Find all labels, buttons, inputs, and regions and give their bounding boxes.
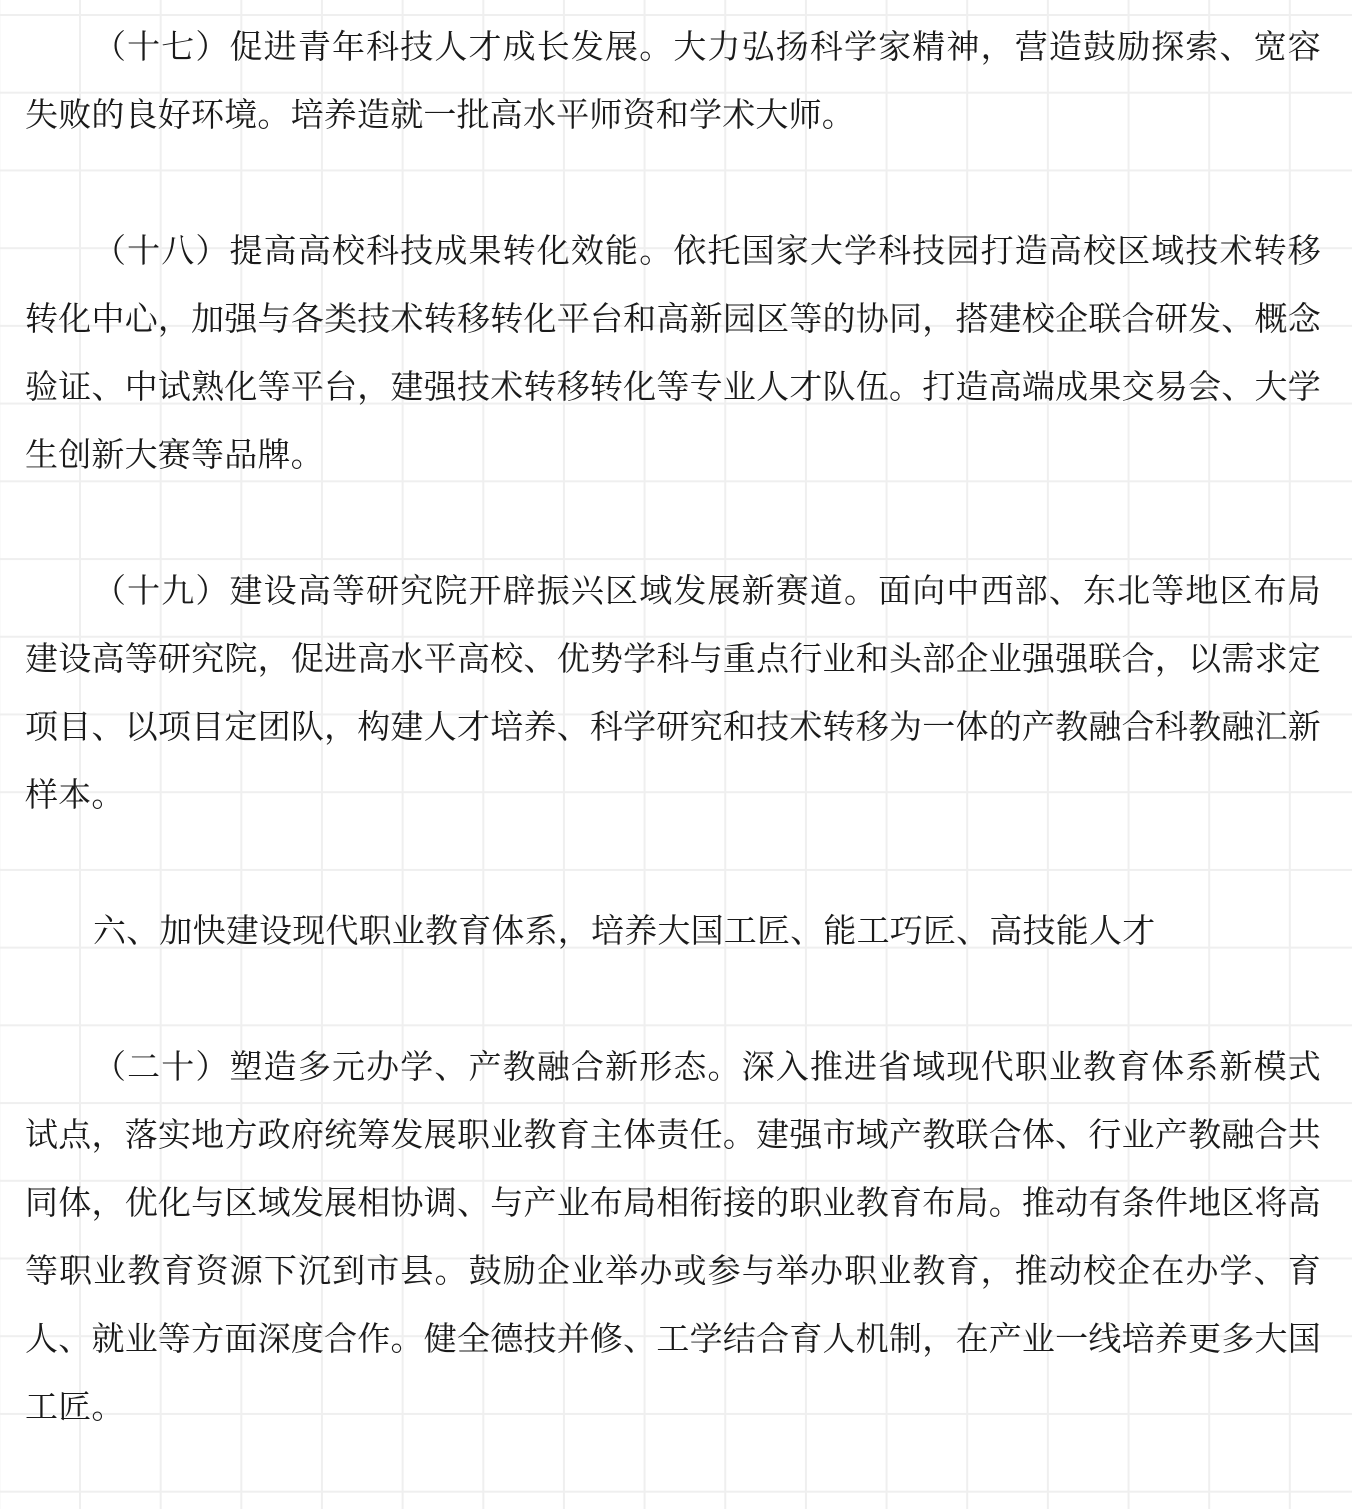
paragraph-18: （十八）提高高校科技成果转化效能。依托国家大学科技园打造高校区域技术转移转化中心… [25,217,1321,489]
paragraph-17: （十七）促进青年科技人才成长发展。大力弘扬科学家精神，营造鼓励探索、宽容失败的良… [25,13,1321,149]
section-heading: 六、加快建设现代职业教育体系，培养大国工匠、能工巧匠、高技能人才 [25,897,1321,965]
paragraph-20: （二十）塑造多元办学、产教融合新形态。深入推进省域现代职业教育体系新模式试点，落… [25,1033,1321,1441]
paragraph-19: （十九）建设高等研究院开辟振兴区域发展新赛道。面向中西部、东北等地区布局建设高等… [25,557,1321,829]
document-body: （十七）促进青年科技人才成长发展。大力弘扬科学家精神，营造鼓励探索、宽容失败的良… [25,13,1321,1492]
